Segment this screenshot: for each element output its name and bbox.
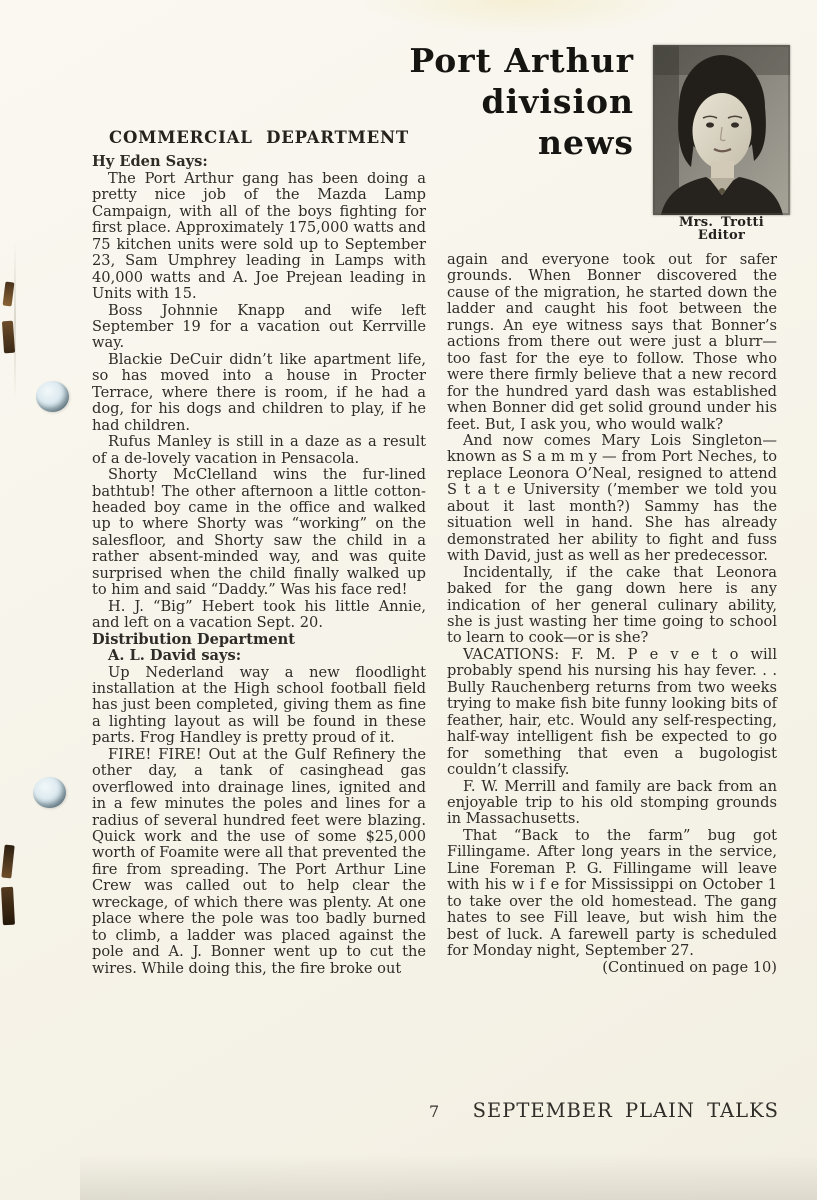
paragraph-mazda-campaign: The Port Arthur gang has been doing a pr… [92, 171, 426, 303]
subhead-al-david-says: A. L. David says: [92, 648, 426, 664]
scan-edge [14, 240, 16, 400]
editor-photo-caption-role: Editor [645, 230, 798, 243]
scan-tint [360, 0, 680, 35]
paragraph-leonora-cake: Incidentally, if the cake that Leonora b… [447, 565, 777, 647]
scan-shadow [80, 1154, 817, 1200]
paragraph-merrill-trip: F. W. Merrill and family are back from a… [447, 779, 777, 828]
paragraph-manley-vacation: Rufus Manley is still in a daze as a res… [92, 434, 426, 467]
footer-page-number: 7 [429, 1102, 439, 1121]
paragraph-nederland-floodlight: Up Nederland way a new floodlight instal… [92, 665, 426, 747]
binding-tape-mark [2, 321, 15, 354]
right-column: again and everyone took out for safer gr… [447, 252, 777, 977]
scanned-newsletter-page: Port Arthur division news [0, 0, 817, 1200]
paragraph-bonner-continued: again and everyone took out for safer gr… [447, 252, 777, 433]
binding-tape-mark [3, 282, 15, 307]
footer-publication-title: SEPTEMBER PLAIN TALKS [447, 1099, 779, 1122]
editor-portrait-photo [653, 45, 790, 215]
editor-photo-caption: Mrs. Trotti Editor [645, 217, 798, 242]
binding-tape-mark [1, 845, 14, 879]
paragraph-gulf-refinery-fire: FIRE! FIRE! Out at the Gulf Refinery the… [92, 747, 426, 977]
paragraph-mcclelland-bathtub: Shorty McClelland wins the fur-lined bat… [92, 467, 426, 599]
masthead-title-line-1: Port Arthur [409, 40, 634, 81]
section-heading-commercial-department: COMMERCIAL DEPARTMENT [92, 130, 426, 146]
continued-on-page-note: (Continued on page 10) [447, 960, 777, 976]
masthead-title-line-3: news [409, 122, 634, 163]
paragraph-vacations: VACATIONS: F. M. P e v e t o will probab… [447, 647, 777, 779]
left-column: COMMERCIAL DEPARTMENT Hy Eden Says: The … [92, 130, 426, 977]
paragraph-decuir-house: Blackie DeCuir didn’t like apartment lif… [92, 352, 426, 434]
subhead-hy-eden-says: Hy Eden Says: [92, 154, 426, 170]
binding-tape-mark [1, 887, 15, 926]
paragraph-fillingame-farewell: That “Back to the farm” bug got Fillinga… [447, 828, 777, 960]
masthead-title-line-2: division [409, 81, 634, 122]
subhead-distribution-department: Distribution Department [92, 632, 426, 648]
paragraph-singleton-sammy: And now comes Mary Lois Singleton—known … [447, 433, 777, 565]
masthead-title: Port Arthur division news [409, 40, 634, 163]
punch-hole [36, 381, 69, 412]
paragraph-hebert-vacation: H. J. “Big” Hebert took his little Annie… [92, 599, 426, 632]
paragraph-knapp-vacation: Boss Johnnie Knapp and wife left Septemb… [92, 303, 426, 352]
punch-hole [33, 777, 66, 808]
